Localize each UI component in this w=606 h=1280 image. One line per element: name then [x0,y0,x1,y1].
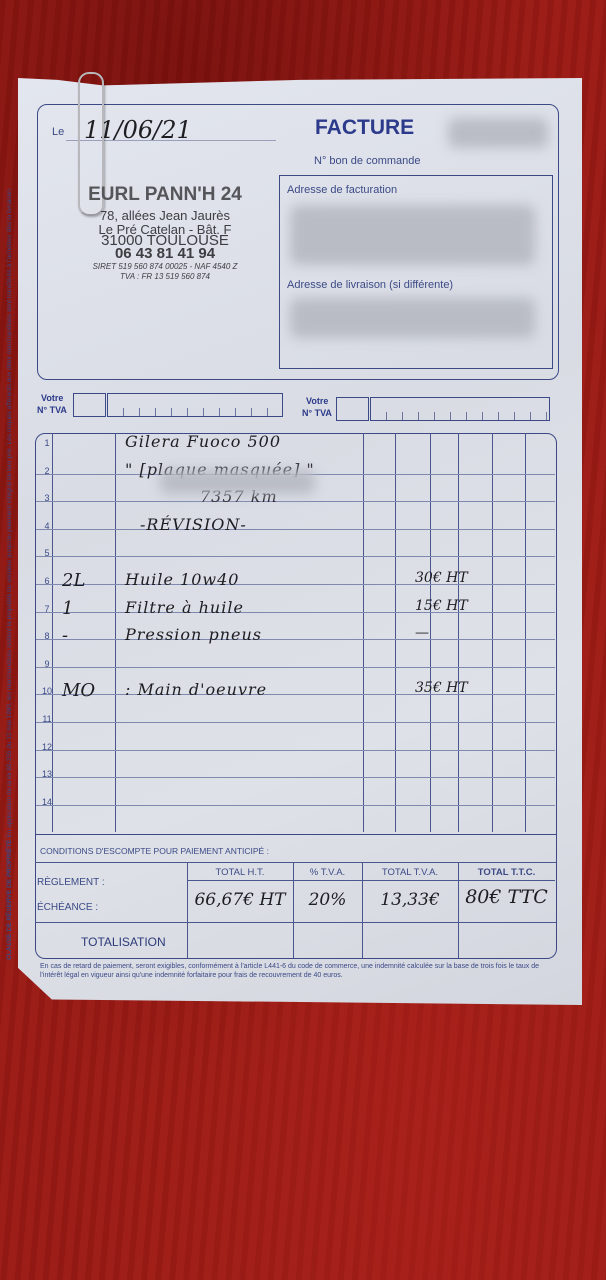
row-number: 1 [41,438,53,448]
totalisation-label: TOTALISATION [81,935,166,949]
totals-divider [35,862,556,863]
item-description: Filtre à huile [125,598,244,617]
item-quantity: 1 [62,598,73,619]
row-number: 5 [41,548,53,558]
row-number: 8 [41,631,53,641]
row-number: 10 [41,686,53,696]
grid-row-line [36,584,555,585]
vat-label-line1: Votre [37,392,67,404]
company-address-1: 78, allées Jean Jaurès [60,208,270,223]
row-number: 11 [41,714,53,724]
invoice-title: FACTURE [315,116,414,140]
item-amount: — [415,625,429,641]
order-number-label: N° bon de commande [314,155,421,167]
vat-field-right-b[interactable] [370,397,550,421]
grid-column-line [430,433,431,832]
item-description: Pression pneus [125,625,262,644]
grid-row-line [36,501,555,502]
redacted-delivery-address [290,298,535,338]
vat-field-left-b[interactable] [107,393,283,417]
value-total-ht: 66,67€ HT [188,890,292,910]
grid-row-line [36,722,555,723]
retention-clause-text: En application de la loi 80-335 du 12 ma… [6,187,13,837]
company-tva: TVA : FR 13 519 560 874 [60,272,270,281]
company-phone: 06 43 81 41 94 [60,245,270,262]
grid-column-line [363,433,364,832]
redacted-invoice-number [448,118,548,148]
grid-column-line [458,433,459,832]
grid-row-line [36,694,555,695]
row-number: 3 [41,493,53,503]
vat-field-right-a[interactable] [336,397,369,421]
header-total-ht: TOTAL H.T. [187,867,293,878]
date-label: Le [52,126,64,138]
grid-row-line [36,777,555,778]
header-total-ttc: TOTAL T.T.C. [458,867,555,878]
value-total-tva: 13,33€ [362,890,458,910]
echeance-label: ÉCHÉANCE : [37,902,98,913]
billing-address-label: Adresse de facturation [287,184,397,196]
value-tva-rate: 20% [293,890,362,910]
item-description: Huile 10w40 [125,570,239,589]
grid-column-line [115,433,116,832]
vat-label-right: Votre N° TVA [302,395,332,419]
vat-field-left-a[interactable] [73,393,106,417]
item-amount: 15€ HT [415,598,468,614]
grid-column-line [492,433,493,832]
redacted-billing-address [290,205,535,265]
row-number: 4 [41,521,53,531]
row-number: 7 [41,604,53,614]
retention-clause: CLAUSE DE RÉSERVE DE PROPRIÉTÉ En applic… [6,440,14,960]
row-number: 6 [41,576,53,586]
item-description: -RÉVISION- [140,515,247,534]
row-number: 9 [41,659,53,669]
company-siret: SIRET 519 560 874 00025 - NAF 4540 Z [60,262,270,271]
discount-conditions: CONDITIONS D'ESCOMPTE POUR PAIEMENT ANTI… [40,846,269,856]
grid-row-line [36,667,555,668]
late-payment-notice: En cas de retard de paiement, seront exi… [40,962,560,980]
grid-column-line [395,433,396,832]
header-tva-rate: % T.V.A. [293,867,362,878]
row-number: 12 [41,742,53,752]
item-quantity: 2L [62,570,85,591]
row-number: 13 [41,769,53,779]
grid-row-line [36,529,555,530]
row-number: 2 [41,466,53,476]
vat-label-line2: N° TVA [302,407,332,419]
header-total-tva: TOTAL T.V.A. [362,867,458,878]
retention-clause-title: CLAUSE DE RÉSERVE DE PROPRIÉTÉ [6,839,13,960]
grid-row-line [36,556,555,557]
value-total-ttc: 80€ TTC [458,886,555,908]
totals-divider-2 [35,922,556,923]
vat-label-left: Votre N° TVA [37,392,67,416]
grid-column-line [525,433,526,832]
redacted-plate [160,470,315,494]
item-amount: 35€ HT [415,680,468,696]
vat-label-line1: Votre [302,395,332,407]
item-quantity: - [62,625,68,646]
item-description: : Main d'oeuvre [125,680,267,699]
item-quantity: MO [62,680,95,701]
reglement-label: RÈGLEMENT : [37,877,105,888]
row-number: 14 [41,797,53,807]
item-description: Gilera Fuoco 500 [125,432,281,451]
delivery-address-label: Adresse de livraison (si différente) [287,279,453,291]
company-name: EURL PANN'H 24 [60,184,270,206]
totals-header-line [187,880,555,881]
grid-row-line [36,639,555,640]
grid-row-line [36,750,555,751]
item-amount: 30€ HT [415,570,468,586]
grid-row-line [36,612,555,613]
grid-row-line [36,805,555,806]
vat-label-line2: N° TVA [37,404,67,416]
